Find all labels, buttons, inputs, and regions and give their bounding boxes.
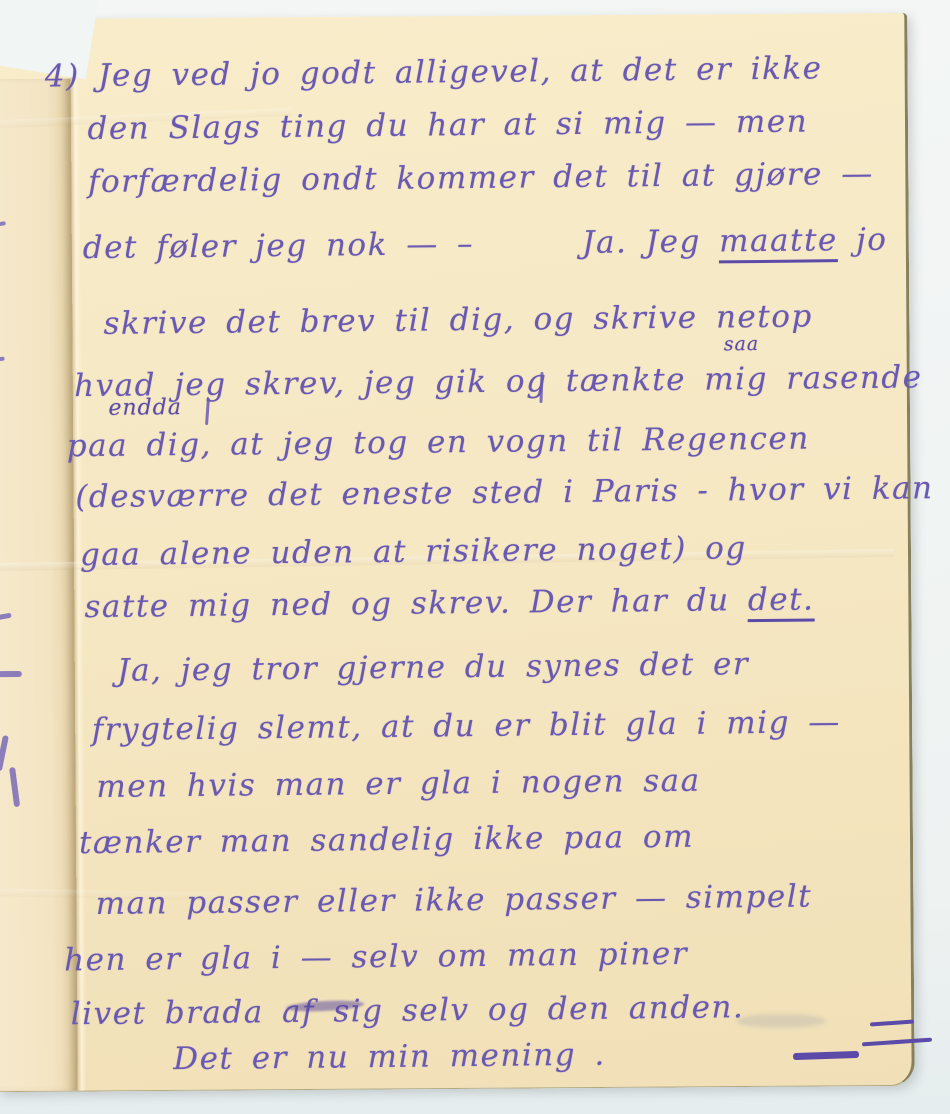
handwriting-line: (desværre det eneste sted i Paris - hvor… — [75, 466, 934, 519]
handwriting-line: tænker man sandelig ikke paa om — [79, 815, 694, 865]
handwriting-line: frygtelig slemt, at du er blit gla i mig… — [92, 700, 841, 752]
handwriting-line: hen er gla i — selv om man piner — [64, 932, 688, 983]
handwriting-line: hvad jeg skrev, jeg gik og tænkte mig ra… — [74, 355, 923, 408]
handwriting-line: paa dig, at jeg tog en vogn til Regencen — [67, 416, 810, 468]
handwriting-line: livet brada af sig selv og den anden. — [71, 985, 745, 1036]
handwriting-line: 4) Jeg ved jo godt alligevel, at det er … — [45, 46, 823, 98]
interline-insertion: endda — [108, 395, 182, 421]
handwriting-line: skrive det brev til dig, og skrive netop — [103, 294, 813, 345]
handwriting-line: forfærdelig ondt kommer det til at gjøre… — [88, 152, 874, 204]
interline-insertion: saa — [724, 333, 760, 355]
handwriting-line: det føler jeg nok — –Ja. Jeg maatte jo — [83, 218, 888, 270]
handwriting-line: den Slags ting du har at si mig — men — [87, 99, 808, 151]
handwriting-line: man passer eller ikke passer — simpelt — [95, 874, 812, 926]
handwriting-line: men hvis man er gla i nogen saa — [96, 759, 701, 809]
handwriting-text: 4) Jeg ved jo godt alligevel, at det er … — [0, 0, 950, 1114]
handwriting-line: satte mig ned og skrev. Der har du det. — [84, 577, 814, 629]
handwriting-line: gaa alene uden at risikere noget) og — [80, 526, 747, 577]
handwriting-line: Ja, jeg tror gjerne du synes det er — [117, 642, 749, 693]
handwriting-line: Det er nu min mening . — [173, 1033, 606, 1082]
scanned-letter-page: { "document": { "kind": "handwritten let… — [0, 0, 950, 1114]
pencil-smudge — [736, 1014, 826, 1028]
